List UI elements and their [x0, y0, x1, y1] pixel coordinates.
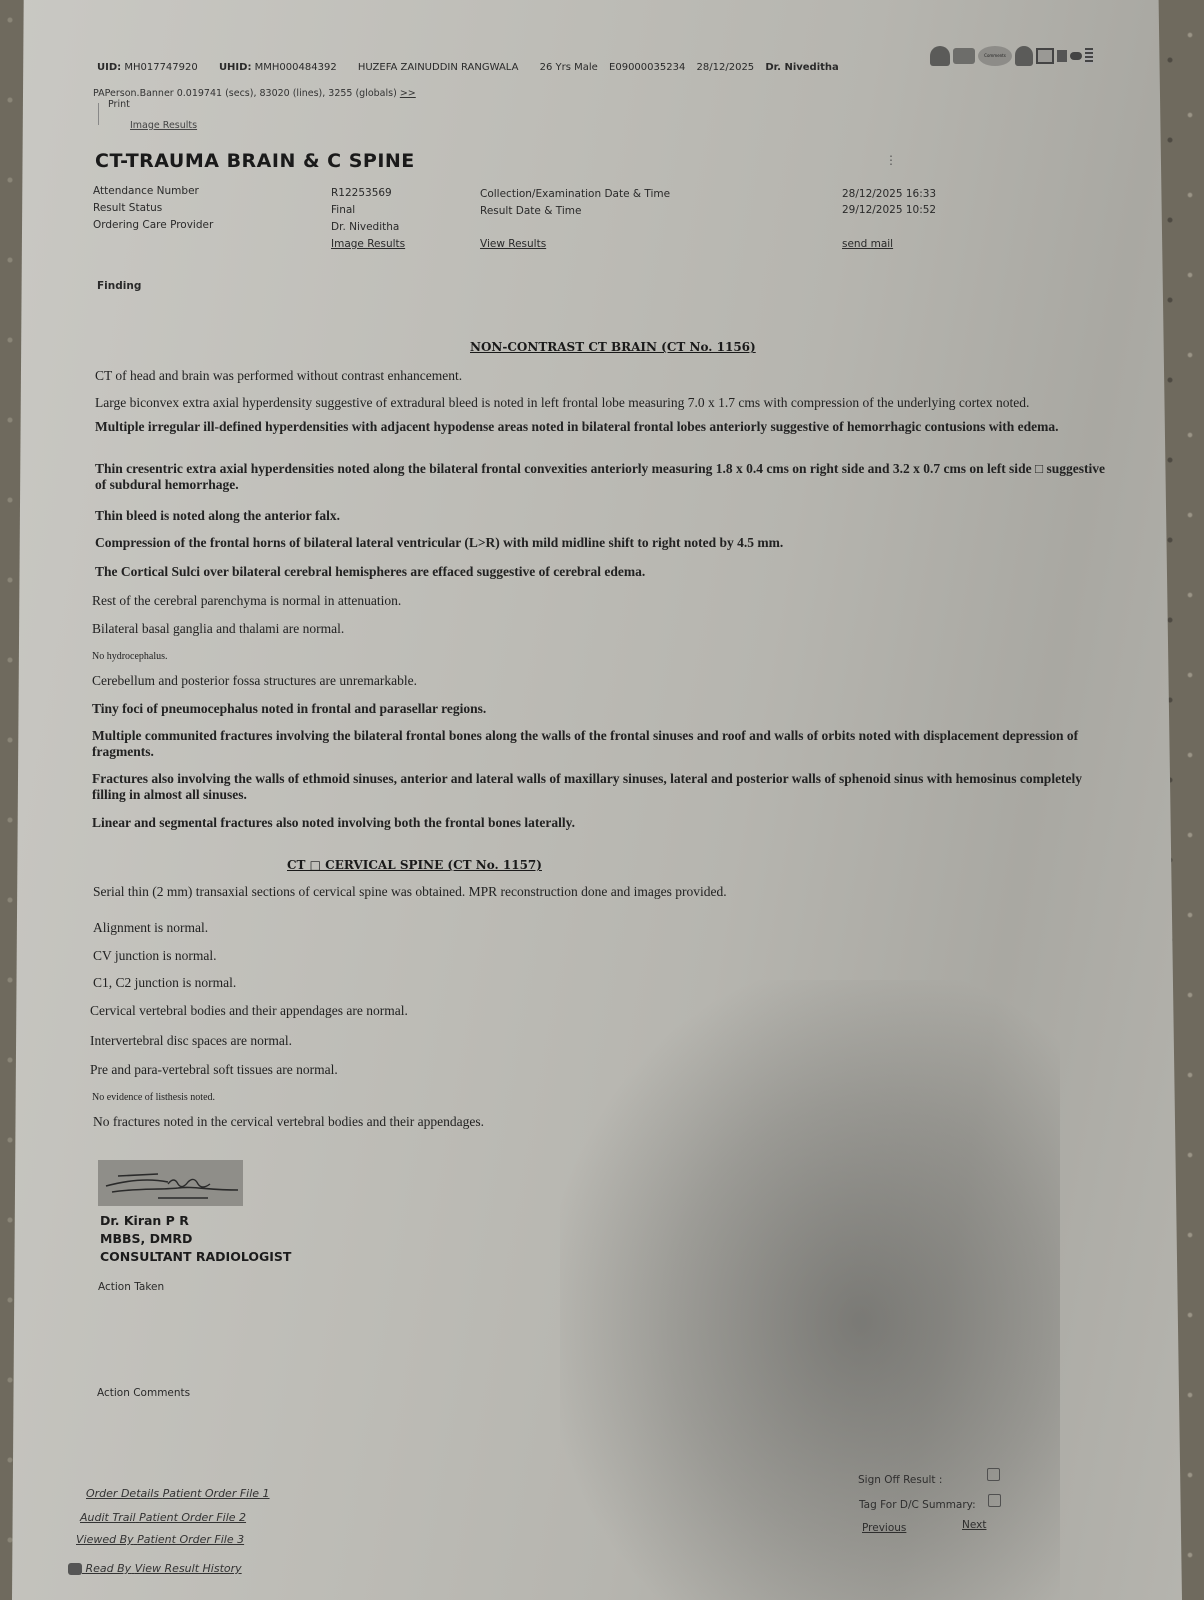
status-label: Result Status — [93, 202, 162, 214]
brain-finding-paragraph: Rest of the cerebral parenchyma is norma… — [92, 593, 1112, 609]
spine-finding-paragraph: No fractures noted in the cervical verte… — [93, 1114, 1113, 1130]
image-results-top-link[interactable]: Image Results — [130, 120, 197, 131]
footer-link-row-4: Read By View Result History — [68, 1562, 242, 1575]
brain-section-heading: NON-CONTRAST CT BRAIN (CT No. 1156) — [470, 340, 756, 354]
spine-finding-paragraph: No evidence of listhesis noted. — [92, 1090, 1112, 1106]
sign-off-checkbox[interactable] — [987, 1468, 1000, 1481]
episode-number: E09000035234 — [609, 62, 685, 73]
sign-off-label: Sign Off Result : — [858, 1474, 942, 1486]
dc-summary-checkbox[interactable] — [988, 1494, 1001, 1507]
uid-value: MH017747920 — [124, 62, 197, 73]
radiologist-signature: Dr. Kiran P R MBBS, DMRD CONSULTANT RADI… — [100, 1212, 291, 1266]
mail-icon[interactable] — [1036, 48, 1054, 64]
dc-summary-label: Tag For D/C Summary: — [859, 1499, 976, 1511]
footer-link-row-1: Order Details Patient Order File 1 — [86, 1487, 270, 1500]
brain-finding-paragraph: Cerebellum and posterior fossa structure… — [92, 673, 1112, 689]
spine-finding-paragraph: Serial thin (2 mm) transaxial sections o… — [93, 884, 1113, 900]
order-details-link[interactable]: Order Details — [86, 1487, 159, 1500]
brain-finding-paragraph: Thin bleed is noted along the anterior f… — [95, 508, 1115, 524]
patient-order-file-2-link[interactable]: Patient Order File 2 — [139, 1511, 246, 1524]
patient-alert-icon[interactable] — [930, 46, 950, 66]
brain-finding-paragraph: Large biconvex extra axial hyperdensity … — [95, 395, 1115, 411]
footer-link-row-2: Audit Trail Patient Order File 2 — [80, 1511, 246, 1524]
patient-banner: UID: MH017747920 UHID: MMH000484392 HUZE… — [97, 62, 839, 73]
image-results-link[interactable]: Image Results — [331, 238, 405, 250]
patient-order-file-1-link[interactable]: Patient Order File 1 — [163, 1487, 270, 1500]
attendance-label: Attendance Number — [93, 185, 199, 197]
print-link[interactable]: Print — [108, 99, 130, 110]
age-sex: 26 Yrs Male — [540, 62, 598, 73]
footer-link-row-3: Viewed By Patient Order File 3 — [76, 1533, 244, 1546]
brain-finding-paragraph: Fractures also involving the walls of et… — [92, 771, 1112, 803]
brain-finding-paragraph: Multiple communited fractures involving … — [92, 728, 1112, 760]
toggle-icon[interactable] — [1070, 52, 1082, 60]
patient-name: HUZEFA ZAINUDDIN RANGWALA — [358, 62, 519, 73]
action-comments-label: Action Comments — [97, 1387, 190, 1399]
report-title: CT-TRAUMA BRAIN & C SPINE — [95, 150, 415, 172]
radiologist-designation: CONSULTANT RADIOLOGIST — [100, 1248, 291, 1266]
spine-finding-paragraph: Pre and para-vertebral soft tissues are … — [90, 1062, 1110, 1078]
read-by-icon — [68, 1563, 82, 1575]
brain-finding-paragraph: Linear and segmental fractures also note… — [92, 815, 1112, 831]
action-taken-label: Action Taken — [98, 1281, 164, 1293]
brain-finding-paragraph: Tiny foci of pneumocephalus noted in fro… — [92, 701, 1112, 717]
brain-finding-paragraph: CT of head and brain was performed witho… — [95, 368, 1115, 384]
building-icon[interactable] — [1057, 50, 1067, 62]
signature-image — [98, 1160, 243, 1206]
bike-icon[interactable] — [953, 48, 975, 64]
comments-bubble-icon[interactable]: Comments — [978, 46, 1012, 66]
viewed-by-link[interactable]: Viewed By — [76, 1533, 134, 1546]
collection-value: 28/12/2025 16:33 — [842, 188, 936, 200]
more-options-icon[interactable]: ⋮ — [885, 153, 897, 167]
banner-icon-bar: Comments — [930, 46, 1093, 66]
view-result-history-link[interactable]: View Result History — [135, 1562, 242, 1575]
patient-order-file-3-link[interactable]: Patient Order File 3 — [137, 1533, 244, 1546]
brain-finding-paragraph: Thin cresentric extra axial hyperdensiti… — [95, 461, 1115, 493]
grid-icon[interactable] — [1085, 48, 1093, 64]
spine-finding-paragraph: CV junction is normal. — [93, 948, 1113, 964]
perf-info: PAPerson.Banner 0.019741 (secs), 83020 (… — [93, 88, 416, 99]
spine-finding-paragraph: C1, C2 junction is normal. — [93, 975, 1113, 991]
send-mail-link[interactable]: send mail — [842, 238, 893, 250]
brain-finding-paragraph: No hydrocephalus. — [92, 649, 1112, 665]
perf-more-link[interactable]: >> — [400, 88, 416, 99]
brain-finding-paragraph: Bilateral basal ganglia and thalami are … — [92, 621, 1112, 637]
radiologist-name: Dr. Kiran P R — [100, 1212, 291, 1230]
patient-clock-icon[interactable] — [1015, 46, 1033, 66]
brain-finding-paragraph: The Cortical Sulci over bilateral cerebr… — [95, 564, 1115, 580]
spine-finding-paragraph: Intervertebral disc spaces are normal. — [90, 1033, 1110, 1049]
finding-label: Finding — [97, 280, 141, 292]
print-divider — [98, 103, 99, 125]
next-link[interactable]: Next — [962, 1519, 986, 1531]
perf-text: PAPerson.Banner 0.019741 (secs), 83020 (… — [93, 88, 397, 99]
read-by-link[interactable]: Read By — [86, 1562, 132, 1575]
banner-doctor: Dr. Niveditha — [765, 62, 838, 73]
brain-finding-paragraph: Compression of the frontal horns of bila… — [95, 535, 1115, 551]
radiologist-qualification: MBBS, DMRD — [100, 1230, 291, 1248]
spine-finding-paragraph: Alignment is normal. — [93, 920, 1113, 936]
spine-section-heading: CT □ CERVICAL SPINE (CT No. 1157) — [287, 858, 542, 872]
uhid-label: UHID: — [219, 62, 252, 73]
attendance-value: R12253569 — [331, 187, 392, 199]
brain-finding-paragraph: Multiple irregular ill-defined hyperdens… — [95, 419, 1115, 435]
result-date-value: 29/12/2025 10:52 — [842, 204, 936, 216]
previous-link[interactable]: Previous — [862, 1522, 906, 1534]
uid-label: UID: — [97, 62, 121, 73]
view-results-link[interactable]: View Results — [480, 238, 546, 250]
result-date-label: Result Date & Time — [480, 205, 581, 217]
banner-date: 28/12/2025 — [697, 62, 755, 73]
provider-value: Dr. Niveditha — [331, 221, 399, 233]
audit-trail-link[interactable]: Audit Trail — [80, 1511, 136, 1524]
spine-finding-paragraph: Cervical vertebral bodies and their appe… — [90, 1003, 1110, 1019]
collection-label: Collection/Examination Date & Time — [480, 188, 670, 200]
status-value: Final — [331, 204, 355, 216]
uhid-value: MMH000484392 — [255, 62, 337, 73]
provider-label: Ordering Care Provider — [93, 219, 213, 231]
